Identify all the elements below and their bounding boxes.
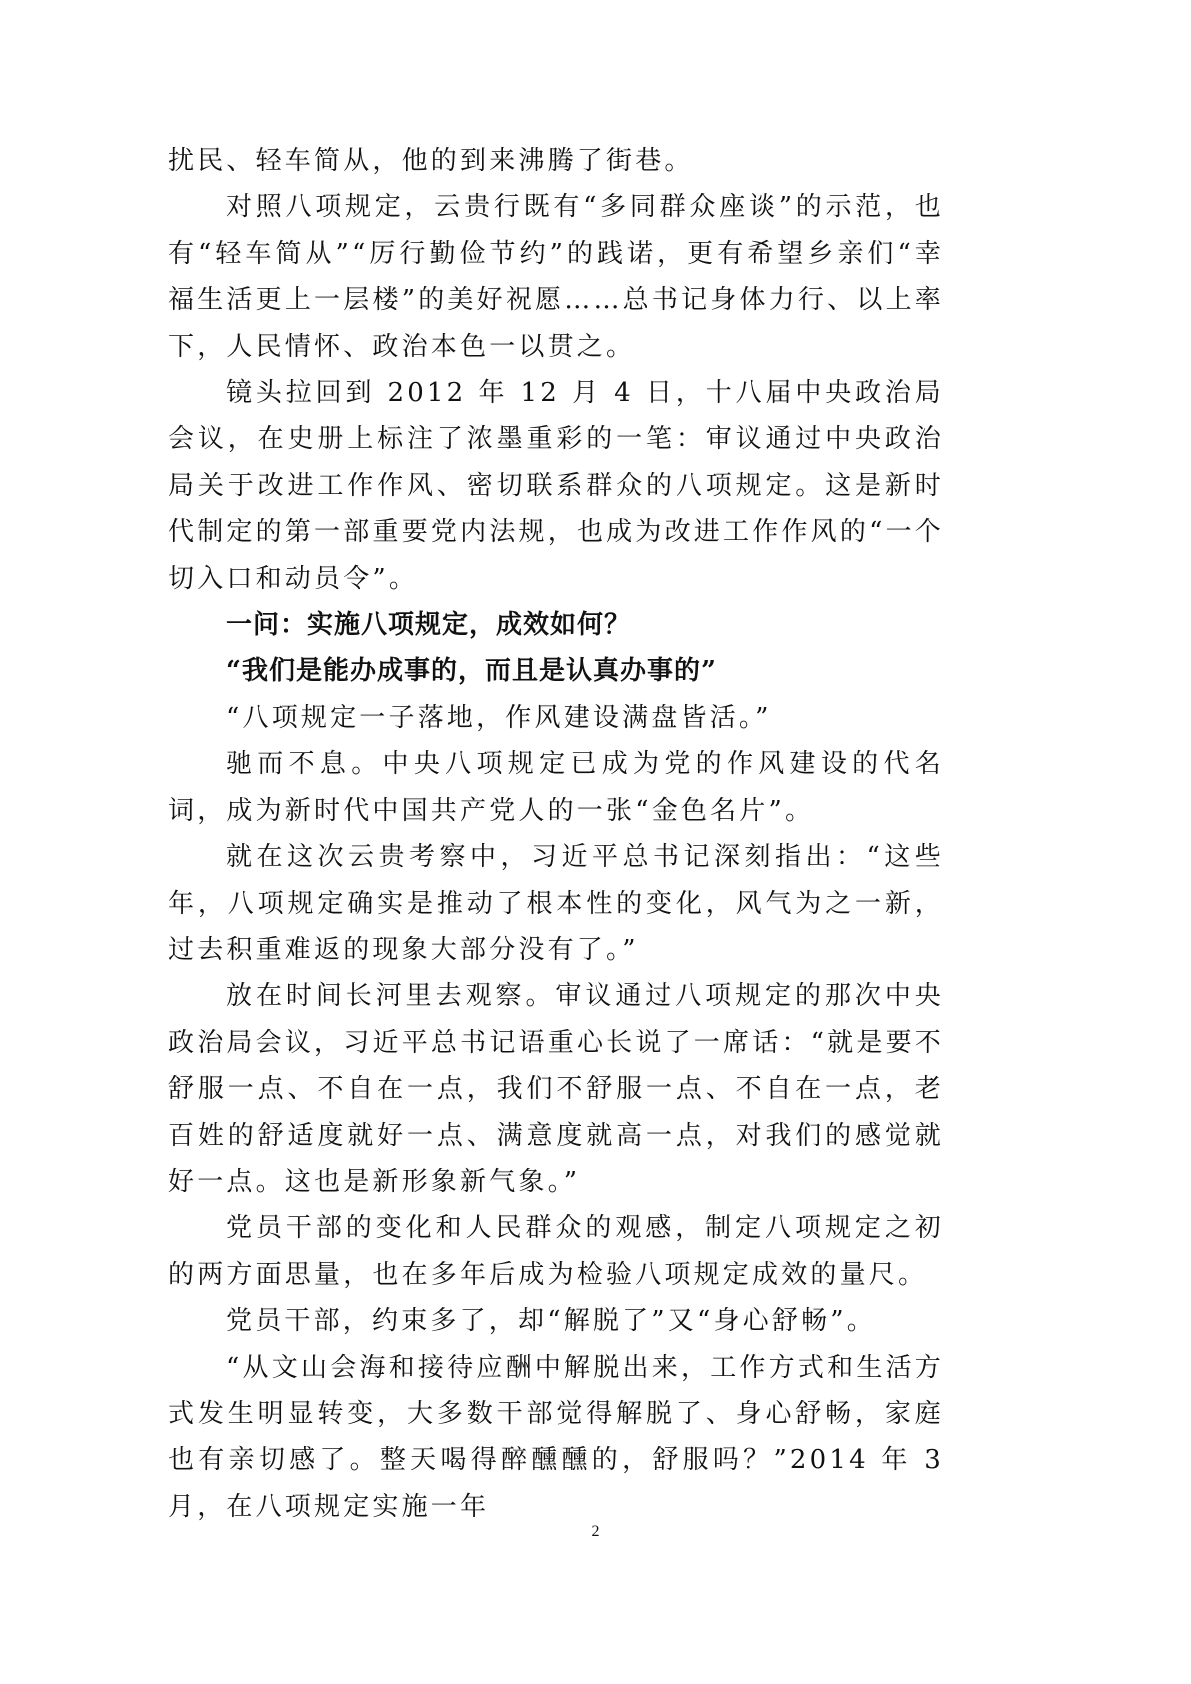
paragraph: “从文山会海和接待应酬中解脱出来，工作方式和生活方式发生明显转变，大多数干部觉得… xyxy=(168,1345,944,1531)
section-subheading: “我们是能办成事的，而且是认真办事的” xyxy=(168,648,944,694)
paragraph: 就在这次云贵考察中，习近平总书记深刻指出：“这些年，八项规定确实是推动了根本性的… xyxy=(168,834,944,973)
paragraph: 党员干部，约束多了，却“解脱了”又“身心舒畅”。 xyxy=(168,1298,944,1344)
paragraph: 对照八项规定，云贵行既有“多同群众座谈”的示范，也有“轻车简从”“厉行勤俭节约”… xyxy=(168,184,944,370)
paragraph: 放在时间长河里去观察。审议通过八项规定的那次中央政治局会议，习近平总书记语重心长… xyxy=(168,973,944,1205)
page-number: 2 xyxy=(0,1523,1191,1541)
paragraph: 镜头拉回到 2012 年 12 月 4 日，十八届中央政治局会议，在史册上标注了… xyxy=(168,370,944,602)
paragraph: 党员干部的变化和人民群众的观感，制定八项规定之初的两方面思量，也在多年后成为检验… xyxy=(168,1205,944,1298)
document-body: 扰民、轻车简从，他的到来沸腾了街巷。 对照八项规定，云贵行既有“多同群众座谈”的… xyxy=(168,138,944,1530)
paragraph: 驰而不息。中央八项规定已成为党的作风建设的代名词，成为新时代中国共产党人的一张“… xyxy=(168,741,944,834)
section-heading: 一问：实施八项规定，成效如何？ xyxy=(168,602,944,648)
paragraph: 扰民、轻车简从，他的到来沸腾了街巷。 xyxy=(168,138,944,184)
paragraph: “八项规定一子落地，作风建设满盘皆活。” xyxy=(168,695,944,741)
